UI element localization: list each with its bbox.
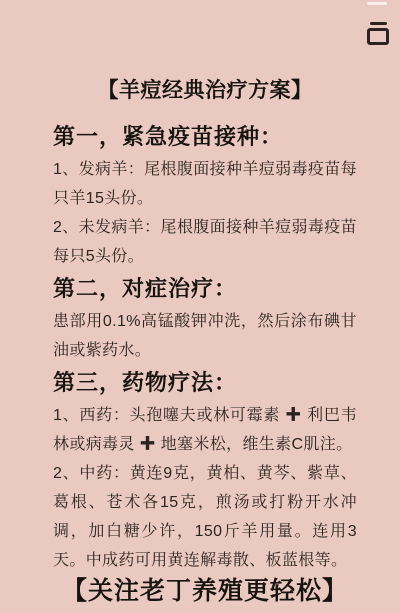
page-title: 【羊痘经典治疗方案】 [53, 76, 357, 105]
section-symptomatic-treatment: 第二，对症治疗： 患部用0.1%高锰酸钾冲洗，然后涂布碘甘油或紫药水。 [53, 271, 357, 365]
paragraph: 1、西药：头孢噻夫或林可霉素 ✚ 利巴韦林或病毒灵 ✚ 地塞米松，维生素C肌注。 [53, 401, 357, 459]
paragraph: 患部用0.1%高锰酸钾冲洗，然后涂布碘甘油或紫药水。 [53, 307, 357, 365]
floating-window-icon-bar [370, 22, 387, 25]
page: 【羊痘经典治疗方案】 第一，紧急疫苗接种： 1、发病羊：尾根腹面接种羊痘弱毒疫苗… [0, 0, 400, 613]
top-progress-line-icon [367, 2, 387, 5]
section-heading: 第一，紧急疫苗接种： [53, 119, 357, 155]
paragraph: 2、未发病羊：尾根腹面接种羊痘弱毒疫苗每只5头份。 [53, 213, 357, 271]
paragraph: 2、中药：黄连9克，黄柏、黄芩、紫草、葛根、苍术各15克，煎汤或打粉开水冲调，加… [53, 459, 357, 575]
section-heading: 第三，药物疗法： [53, 365, 357, 401]
paragraph: 1、发病羊：尾根腹面接种羊痘弱毒疫苗每只羊15头份。 [53, 155, 357, 213]
section-heading: 第二，对症治疗： [53, 271, 357, 307]
floating-window-icon-box [367, 28, 389, 45]
section-emergency-vaccination: 第一，紧急疫苗接种： 1、发病羊：尾根腹面接种羊痘弱毒疫苗每只羊15头份。 2、… [53, 119, 357, 271]
section-drug-therapy: 第三，药物疗法： 1、西药：头孢噻夫或林可霉素 ✚ 利巴韦林或病毒灵 ✚ 地塞米… [53, 365, 357, 575]
floating-window-icon[interactable] [366, 22, 390, 47]
footer-banner: 【关注老丁养殖更轻松】 [53, 575, 357, 607]
article: 【羊痘经典治疗方案】 第一，紧急疫苗接种： 1、发病羊：尾根腹面接种羊痘弱毒疫苗… [0, 0, 400, 607]
